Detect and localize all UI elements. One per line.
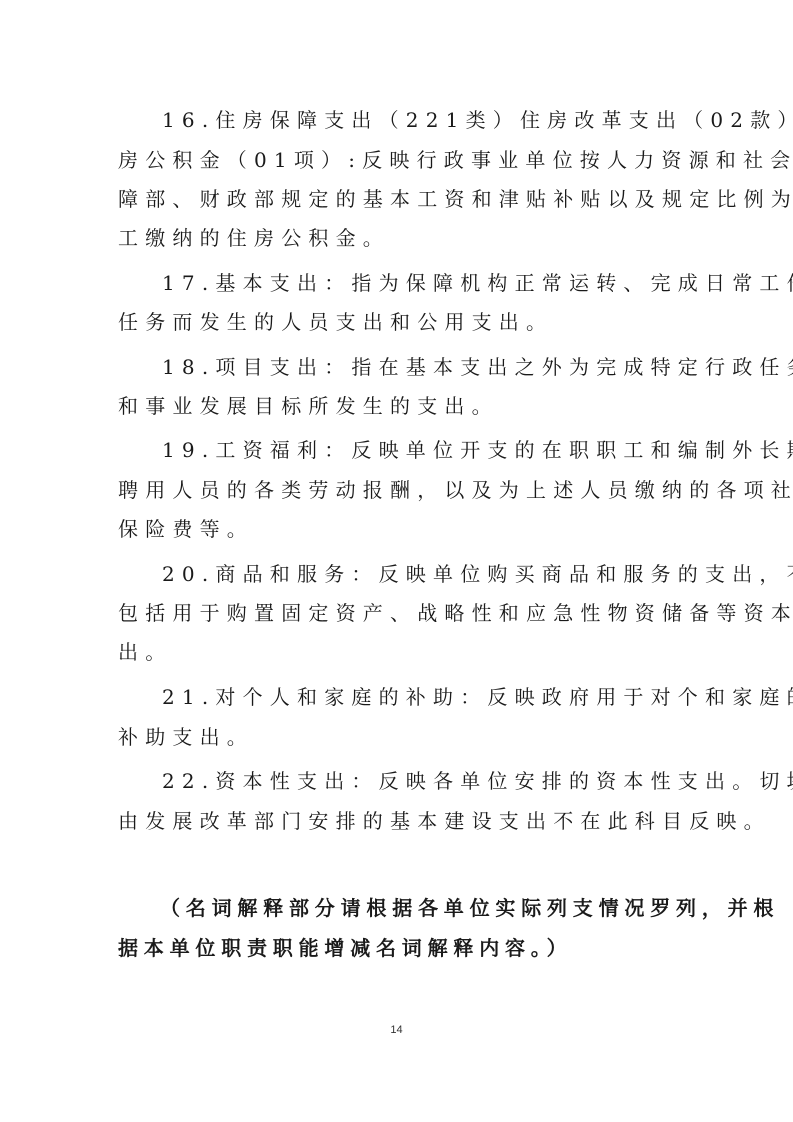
paragraph-17-line-2: 任务而发生的人员支出和公用支出。	[118, 307, 678, 337]
paragraph-16-line-1: 16.住房保障支出（221类）住房改革支出（02款）住	[162, 105, 722, 135]
paragraph-19-line-2: 聘用人员的各类劳动报酬，以及为上述人员缴纳的各项社会	[118, 475, 678, 505]
paragraph-22-line-1: 22.资本性支出：反映各单位安排的资本性支出。切块	[162, 766, 722, 796]
paragraph-19-line-1: 19.工资福利：反映单位开支的在职职工和编制外长期	[162, 435, 722, 465]
paragraph-21-line-2: 补助支出。	[118, 722, 678, 752]
paragraph-20-line-2: 包括用于购置固定资产、战略性和应急性物资储备等资本支	[118, 598, 678, 628]
paragraph-21-line-1: 21.对个人和家庭的补助：反映政府用于对个和家庭的	[162, 682, 722, 712]
paragraph-19-line-3: 保险费等。	[118, 514, 678, 544]
note-line-2: 据本单位职责职能增减名词解释内容。）	[118, 933, 678, 963]
paragraph-20-line-3: 出。	[118, 637, 678, 667]
paragraph-18-line-2: 和事业发展目标所发生的支出。	[118, 391, 678, 421]
paragraph-18-line-1: 18.项目支出：指在基本支出之外为完成特定行政任务	[162, 352, 722, 382]
paragraph-22-line-2: 由发展改革部门安排的基本建设支出不在此科目反映。	[118, 806, 678, 836]
paragraph-16-line-3: 障部、财政部规定的基本工资和津贴补贴以及规定比例为职	[118, 184, 678, 214]
paragraph-16-line-4: 工缴纳的住房公积金。	[118, 223, 678, 253]
page-number: 14	[0, 1024, 793, 1036]
paragraph-17-line-1: 17.基本支出：指为保障机构正常运转、完成日常工作	[162, 268, 722, 298]
note-line-1: （名词解释部分请根据各单位实际列支情况罗列，并根	[160, 893, 720, 923]
document-page: 16.住房保障支出（221类）住房改革支出（02款）住 房公积金（01项）:反映…	[0, 0, 793, 1122]
paragraph-20-line-1: 20.商品和服务：反映单位购买商品和服务的支出，不	[162, 559, 722, 589]
paragraph-16-line-2: 房公积金（01项）:反映行政事业单位按人力资源和社会保	[118, 145, 678, 175]
